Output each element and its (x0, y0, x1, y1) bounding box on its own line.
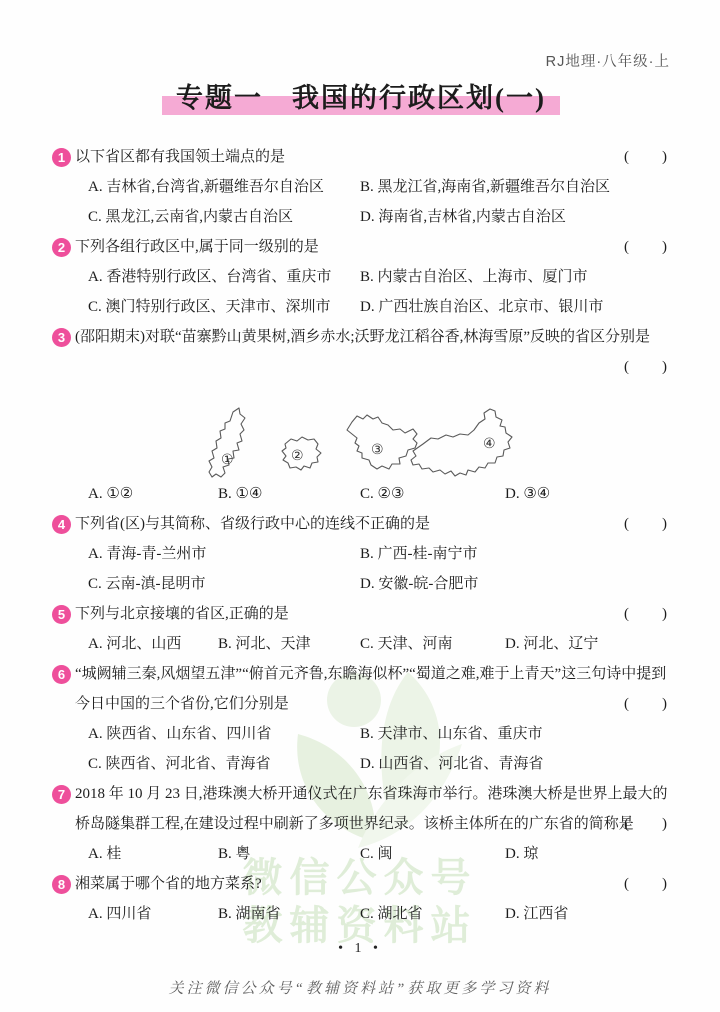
page-title-wrap: 专题一 我国的行政区划(一) (52, 79, 670, 119)
question-1: 1 以下省区都有我国领土端点的是 ( ) A. 吉林省,台湾省,新疆维吾尔自治区… (52, 142, 670, 232)
map-label-3: ③ (371, 442, 384, 458)
option-a: A. 四川省 (88, 899, 218, 929)
question-number-badge: 3 (52, 328, 71, 347)
question-2: 2 下列各组行政区中,属于同一级别的是 ( ) A. 香港特别行政区、台湾省、重… (52, 232, 670, 322)
option-a: A. 河北、山西 (88, 629, 218, 659)
question-number-badge: 8 (52, 875, 71, 894)
option-b: B. ①④ (218, 479, 360, 509)
question-list: 1 以下省区都有我国领土端点的是 ( ) A. 吉林省,台湾省,新疆维吾尔自治区… (52, 142, 670, 929)
option-a: A. 陕西省、山东省、四川省 (88, 719, 360, 749)
question-number-badge: 5 (52, 605, 71, 624)
question-5: 5 下列与北京接壤的省区,正确的是 ( ) A. 河北、山西 B. 河北、天津 … (52, 599, 670, 659)
answer-blank: ( ) (624, 809, 668, 839)
answer-blank: ( ) (624, 142, 668, 172)
question-text: (邵阳期末)对联“苗寨黔山黄果树,酒乡赤水;沃野龙江稻谷香,林海雪原”反映的省区… (75, 329, 650, 345)
question-text: 湘菜属于哪个省的地方菜系? (75, 876, 262, 892)
option-d: D. 江西省 (505, 899, 670, 929)
option-b: B. 粤 (218, 839, 360, 869)
page-number: • 1 • (0, 941, 720, 957)
worksheet-page: 微信公众号 教辅资料站 RJ地理·八年级·上 专题一 我国的行政区划(一) 1 … (0, 0, 720, 1012)
map-label-1: ① (221, 452, 234, 468)
question-number-badge: 6 (52, 665, 71, 684)
question-text: 下列省(区)与其简称、省级行政中心的连线不正确的是 (75, 516, 430, 532)
option-c: C. 黑龙江,云南省,内蒙古自治区 (88, 202, 360, 232)
option-c: C. 云南-滇-昆明市 (88, 569, 360, 599)
province-map-figure: ① ② ③ ④ (185, 384, 545, 479)
option-a: A. ①② (88, 479, 218, 509)
option-c: C. 闽 (360, 839, 505, 869)
answer-blank: ( ) (624, 689, 668, 719)
option-c: C. 澳门特别行政区、天津市、深圳市 (88, 292, 360, 322)
province-map-4 (411, 409, 512, 476)
answer-blank: ( ) (624, 352, 668, 382)
page-title: 专题一 我国的行政区划(一) (176, 79, 546, 117)
option-b: B. 内蒙古自治区、上海市、厦门市 (360, 262, 670, 292)
option-a: A. 桂 (88, 839, 218, 869)
option-b: B. 广西-桂-南宁市 (360, 539, 670, 569)
option-c: C. 湖北省 (360, 899, 505, 929)
map-label-2: ② (291, 448, 304, 464)
option-d: D. 广西壮族自治区、北京市、银川市 (360, 292, 670, 322)
option-a: A. 香港特别行政区、台湾省、重庆市 (88, 262, 360, 292)
question-3: 3 (邵阳期末)对联“苗寨黔山黄果树,酒乡赤水;沃野龙江稻谷香,林海雪原”反映的… (52, 322, 670, 509)
answer-blank: ( ) (624, 509, 668, 539)
question-number-badge: 4 (52, 515, 71, 534)
option-c: C. 天津、河南 (360, 629, 505, 659)
option-b: B. 天津市、山东省、重庆市 (360, 719, 670, 749)
footer-note: 关注微信公众号“教辅资料站”获取更多学习资料 (0, 977, 720, 998)
question-number-badge: 1 (52, 148, 71, 167)
option-b: B. 湖南省 (218, 899, 360, 929)
question-8: 8 湘菜属于哪个省的地方菜系? ( ) A. 四川省 B. 湖南省 C. 湖北省… (52, 869, 670, 929)
answer-blank: ( ) (624, 232, 668, 262)
option-a: A. 青海-青-兰州市 (88, 539, 360, 569)
question-number-badge: 7 (52, 785, 71, 804)
option-a: A. 吉林省,台湾省,新疆维吾尔自治区 (88, 172, 360, 202)
question-text: 下列与北京接壤的省区,正确的是 (75, 606, 289, 622)
option-d: D. 山西省、河北省、青海省 (360, 749, 670, 779)
option-d: D. 安徽-皖-合肥市 (360, 569, 670, 599)
question-6: 6 “城阙辅三秦,风烟望五津”“俯首元齐鲁,东瞻海似杯”“蜀道之难,难于上青天”… (52, 659, 670, 779)
question-text: 下列各组行政区中,属于同一级别的是 (75, 239, 319, 255)
option-c: C. 陕西省、河北省、青海省 (88, 749, 360, 779)
question-text: 以下省区都有我国领土端点的是 (75, 149, 285, 165)
map-label-4: ④ (483, 436, 496, 452)
option-d: D. ③④ (505, 479, 670, 509)
question-text: 2018 年 10 月 23 日,港珠澳大桥开通仪式在广东省珠海市举行。港珠澳大… (75, 786, 668, 832)
option-d: D. 河北、辽宁 (505, 629, 670, 659)
option-d: D. 海南省,吉林省,内蒙古自治区 (360, 202, 670, 232)
answer-blank: ( ) (624, 599, 668, 629)
option-c: C. ②③ (360, 479, 505, 509)
option-d: D. 琼 (505, 839, 670, 869)
question-7: 7 2018 年 10 月 23 日,港珠澳大桥开通仪式在广东省珠海市举行。港珠… (52, 779, 670, 869)
question-4: 4 下列省(区)与其简称、省级行政中心的连线不正确的是 ( ) A. 青海-青-… (52, 509, 670, 599)
question-number-badge: 2 (52, 238, 71, 257)
answer-blank: ( ) (624, 869, 668, 899)
question-text: “城阙辅三秦,风烟望五津”“俯首元齐鲁,东瞻海似杯”“蜀道之难,难于上青天”这三… (75, 666, 666, 712)
header-edition-label: RJ地理·八年级·上 (52, 52, 670, 72)
option-b: B. 黑龙江省,海南省,新疆维吾尔自治区 (360, 172, 670, 202)
option-b: B. 河北、天津 (218, 629, 360, 659)
